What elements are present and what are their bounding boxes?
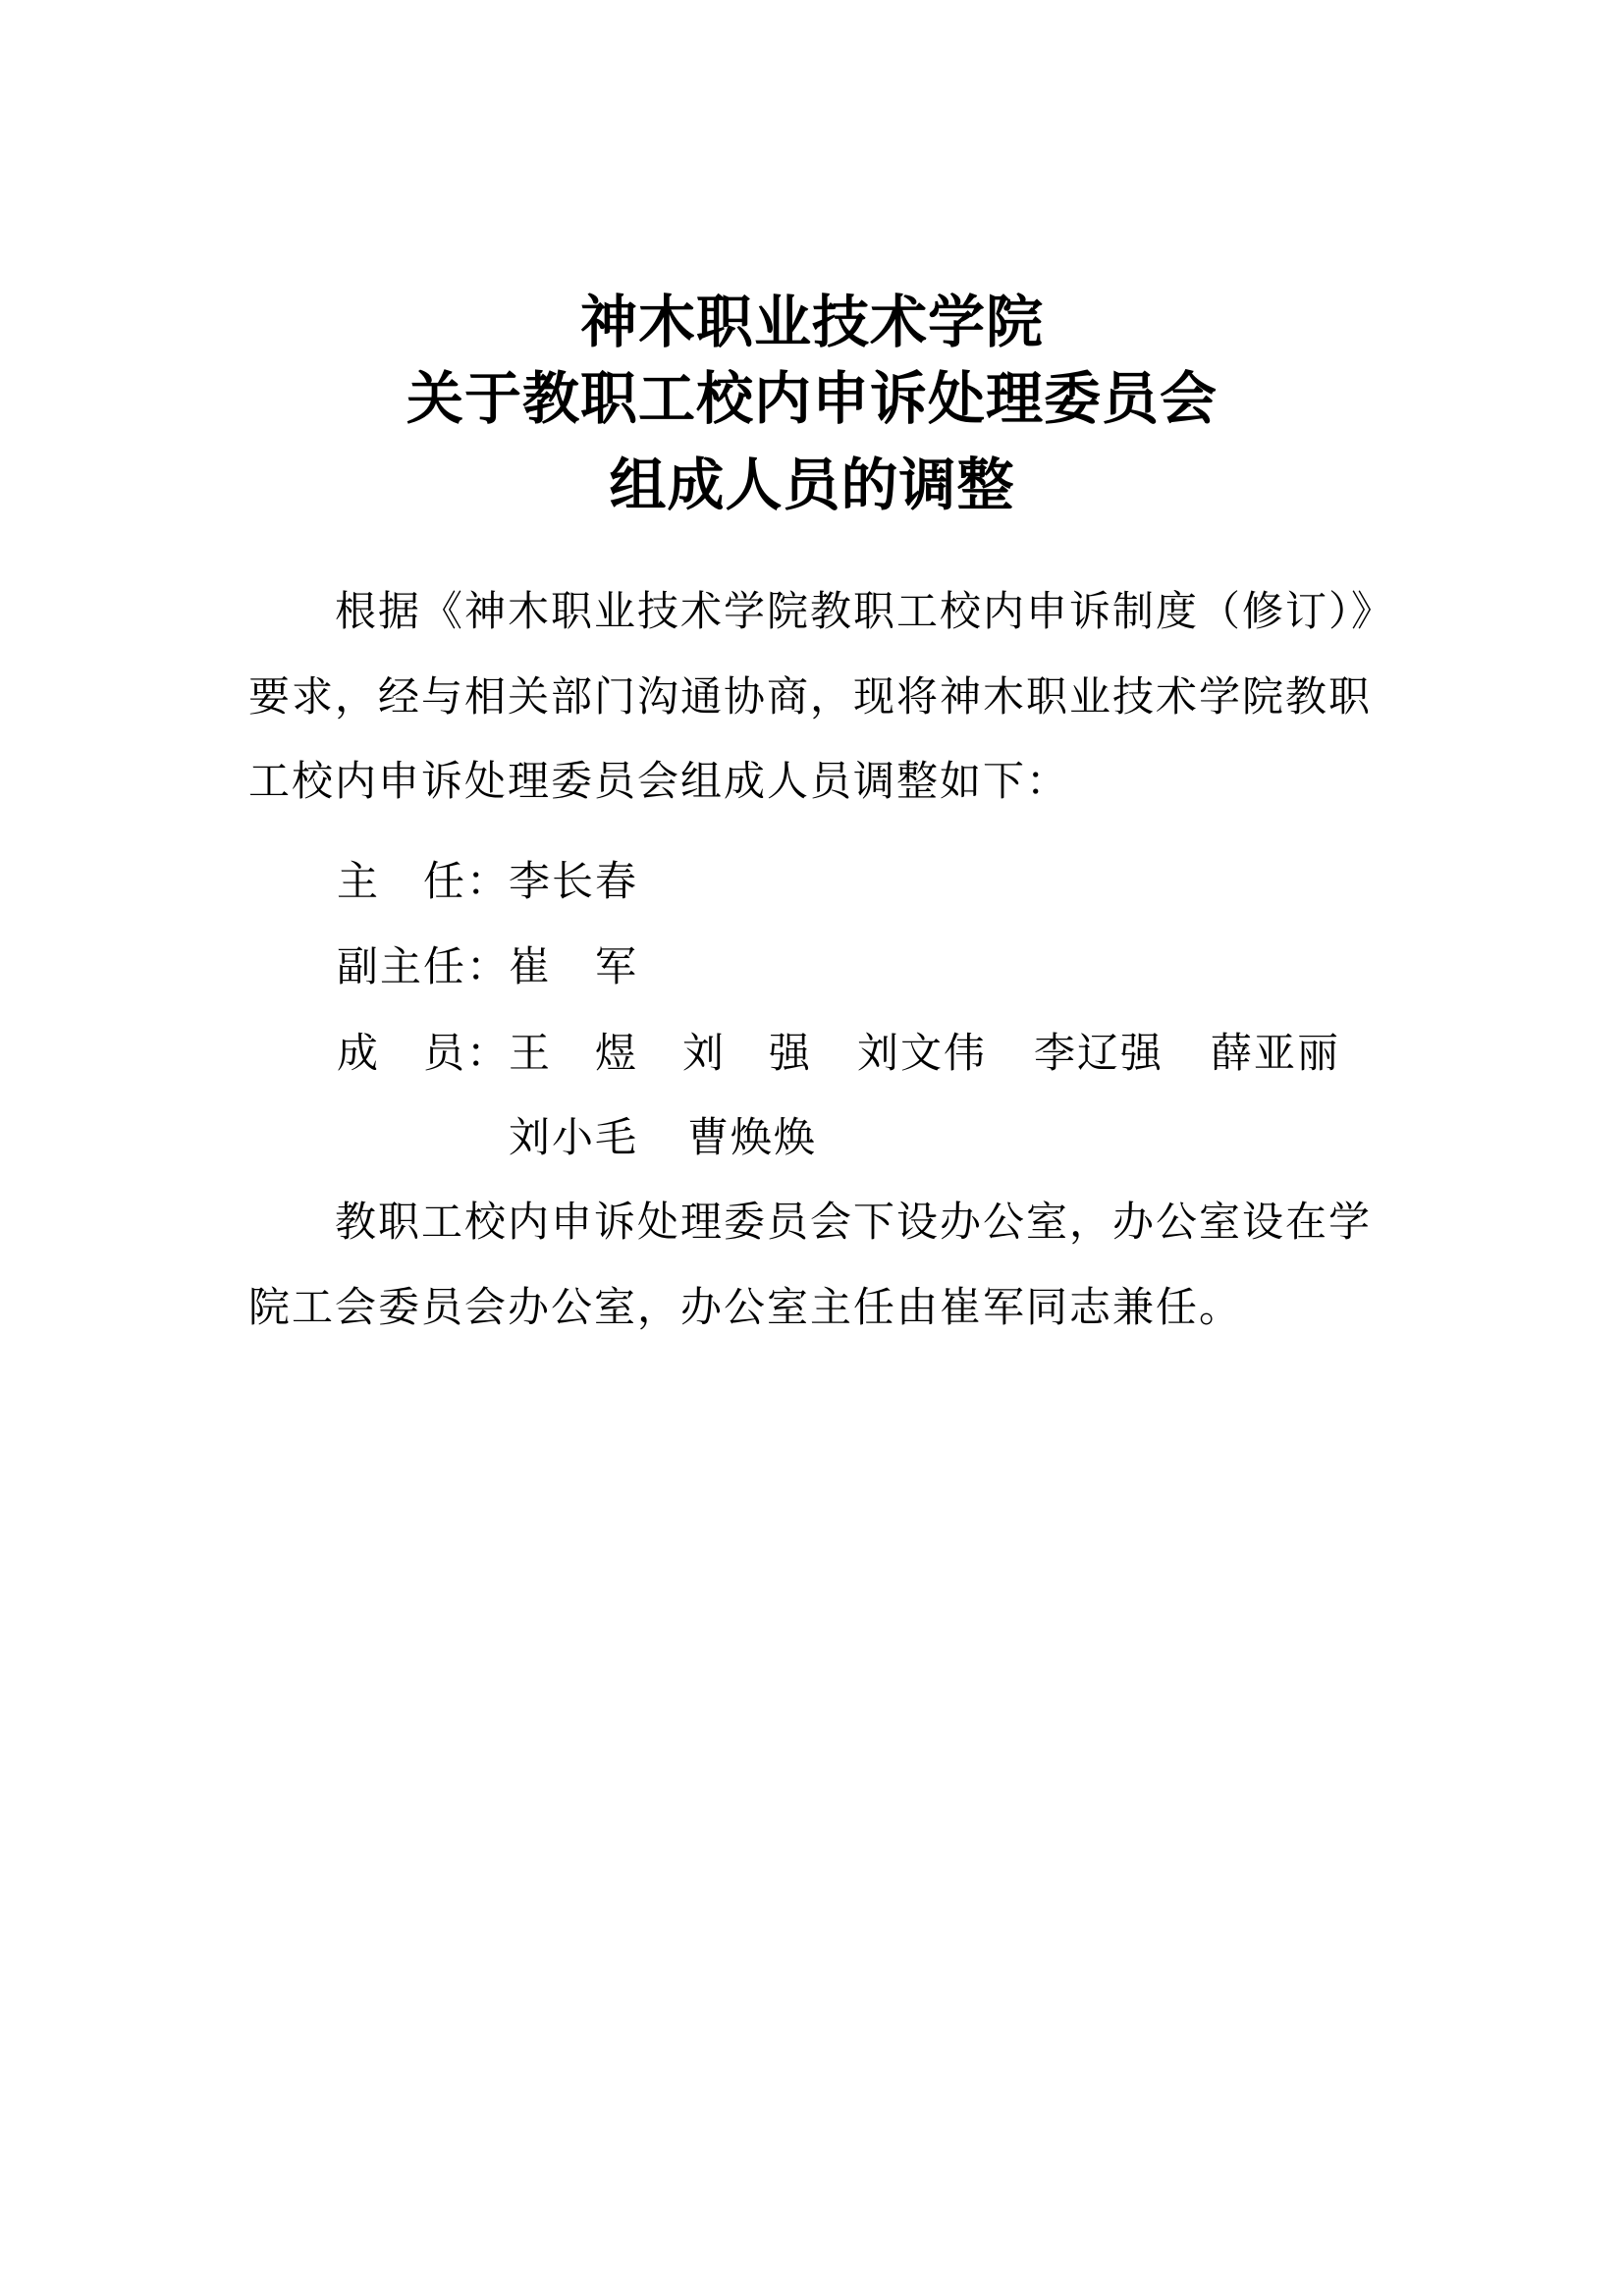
member-name: 李辽强 <box>1034 1031 1164 1076</box>
deputy-director-name: 崔 军 <box>509 944 638 989</box>
member-name: 曹焕焕 <box>687 1115 817 1160</box>
intro-paragraph-line-1: 根据《神木职业技术学院教职工校内申诉制度（修订）》 <box>335 589 1394 634</box>
deputy-director-label: 副主任： <box>337 944 510 989</box>
member-name: 刘 强 <box>682 1031 812 1076</box>
member-name: 刘小毛 <box>509 1115 638 1160</box>
member-name: 王 煜 <box>509 1031 638 1076</box>
members-label: 成 员： <box>337 1031 510 1076</box>
director-name: 李长春 <box>509 859 638 904</box>
intro-paragraph-line-2: 要求，经与相关部门沟通协商，现将神木职业技术学院教职 <box>248 674 1372 720</box>
member-name: 薛亚丽 <box>1211 1031 1340 1076</box>
title-line-1: 神木职业技术学院 <box>0 291 1624 353</box>
title-line-2: 关于教职工校内申诉处理委员会 <box>0 367 1624 430</box>
title-line-3: 组成人员的调整 <box>0 454 1624 516</box>
director-label: 主 任： <box>337 859 510 904</box>
document-page: 神木职业技术学院 关于教职工校内申诉处理委员会 组成人员的调整 根据《神木职业技… <box>0 0 1624 2296</box>
closing-paragraph-line-1: 教职工校内申诉处理委员会下设办公室，办公室设在学 <box>335 1200 1372 1245</box>
closing-paragraph-line-2: 院工会委员会办公室，办公室主任由崔军同志兼任。 <box>248 1285 1242 1330</box>
intro-paragraph-line-3: 工校内申诉处理委员会组成人员调整如下： <box>248 759 1069 804</box>
member-name: 刘文伟 <box>857 1031 987 1076</box>
